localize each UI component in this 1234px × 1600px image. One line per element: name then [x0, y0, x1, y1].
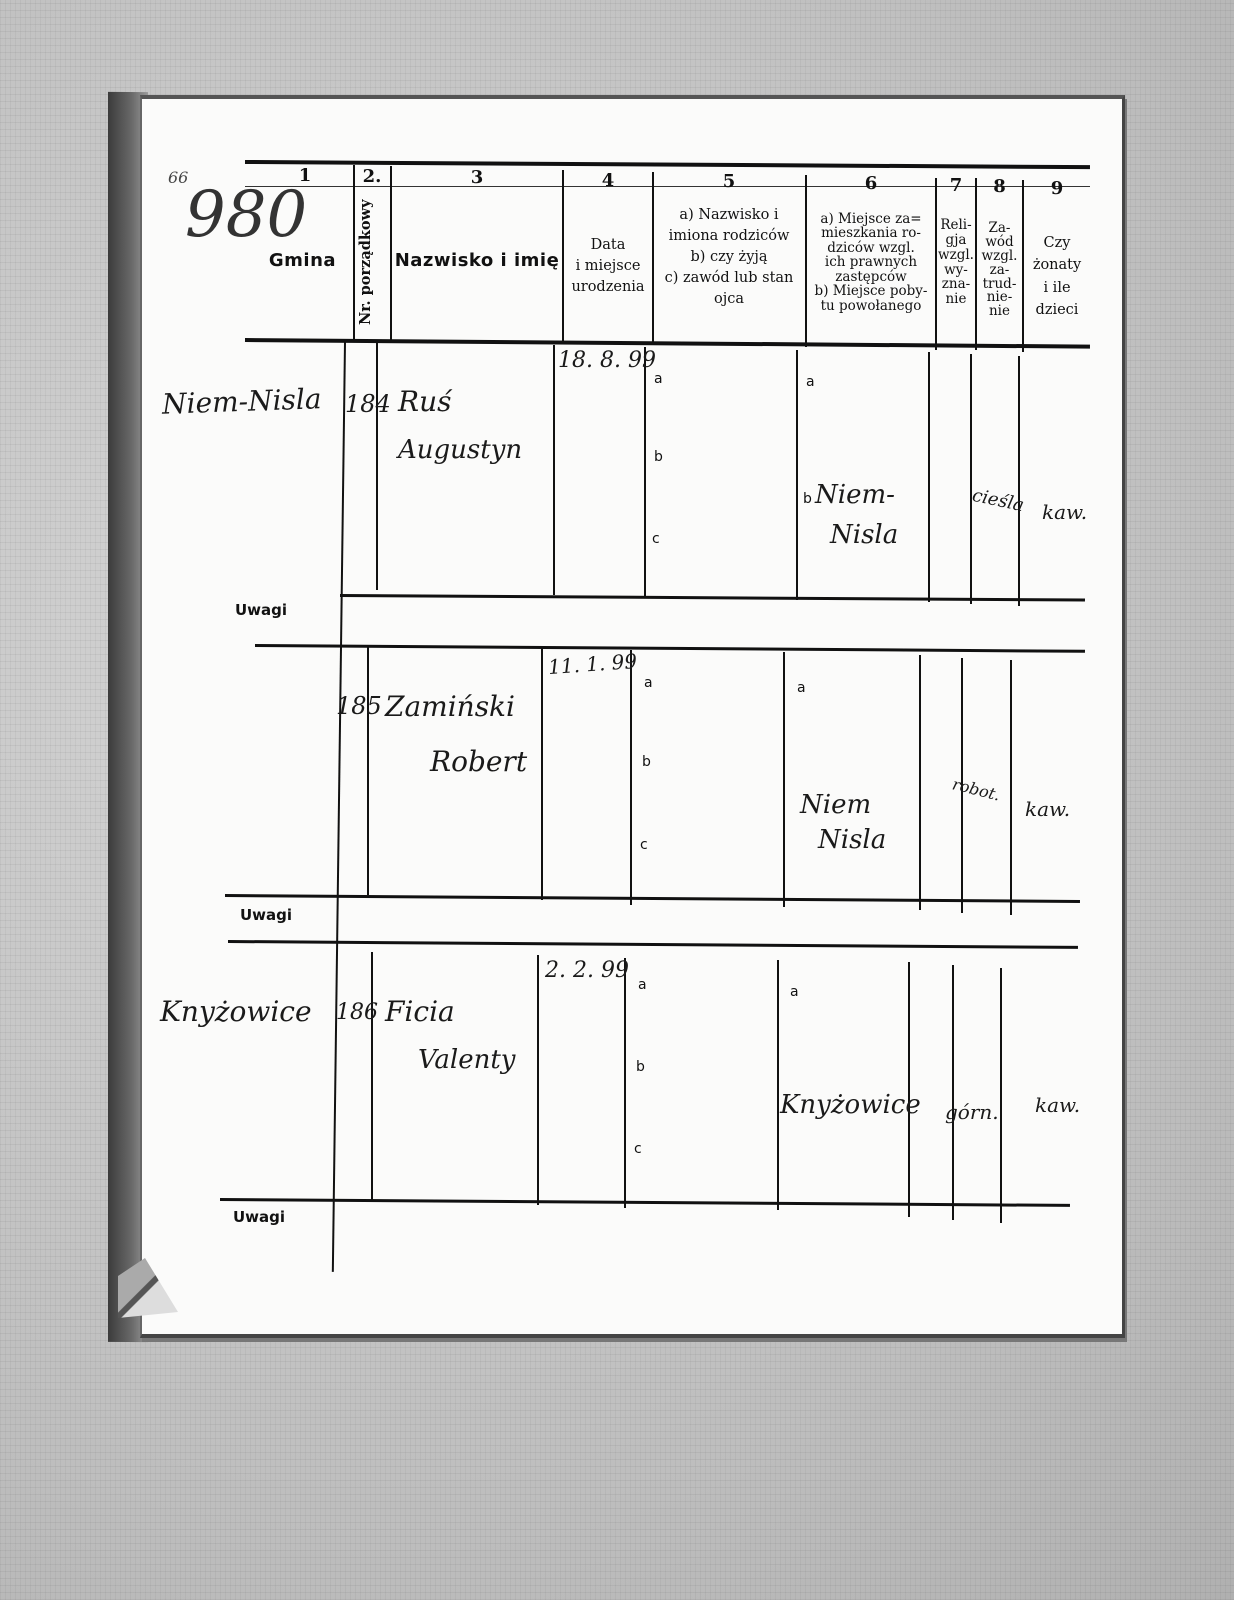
row1-sep: [644, 347, 646, 597]
row2-given: Robert: [430, 745, 527, 778]
header-zonaty: Czy żonaty i ile dzieci: [1024, 232, 1090, 322]
row1-given: Augustyn: [398, 435, 522, 465]
row1-residence-2: Nisla: [830, 520, 898, 550]
col-num-5: 5: [654, 173, 804, 192]
row2-sep: [783, 652, 785, 907]
header-rodzice: a) Nazwisko i imiona rodziców b) czy żyj…: [654, 205, 804, 310]
row2-married: kaw.: [1025, 797, 1070, 821]
row2-sep: [1010, 660, 1012, 915]
row2-sep: [367, 645, 369, 895]
row2-residence: Niem: [800, 790, 871, 820]
row2-sep: [541, 648, 543, 900]
row1-residence: Niem-: [815, 480, 895, 510]
row3-date: 2. 2. 99: [545, 958, 629, 983]
col-num-6: 6: [807, 175, 935, 194]
row1-col5-a: a: [654, 372, 663, 387]
col-num-7: 7: [937, 177, 975, 196]
row2-nr: 185: [336, 692, 382, 720]
col-num-4: 4: [564, 172, 652, 191]
row1-gmina: Niem-Nisla: [161, 382, 322, 421]
row3-col5-c: c: [634, 1142, 642, 1157]
row2-surname: Zamiński: [385, 690, 515, 723]
row3-sep: [952, 965, 954, 1220]
row1-col6-a: a: [806, 375, 815, 390]
row3-given: Valenty: [418, 1045, 515, 1075]
row1-uwagi-label: Uwagi: [235, 603, 287, 619]
row3-sep: [1000, 968, 1002, 1223]
row2-col5-a: a: [644, 676, 653, 691]
row1-sep: [553, 345, 555, 595]
col-sep: [353, 165, 355, 340]
row1-col5-b: b: [654, 450, 663, 465]
row3-col5-b: b: [636, 1060, 645, 1075]
row2-sep: [630, 650, 632, 905]
row3-gmina: Knyżowice: [160, 995, 312, 1028]
row1-date: 18. 8. 99: [558, 348, 656, 373]
row2-col6-a: a: [797, 681, 806, 696]
row1-col5-c: c: [652, 532, 660, 547]
row2-residence-2: Nisla: [818, 825, 886, 855]
row1-sep: [796, 350, 798, 600]
row1-sep: [1018, 356, 1020, 606]
row3-residence: Knyżowice: [780, 1090, 921, 1120]
header-miejsce: a) Miejsce za= mieszkania ro- dziców wzg…: [807, 212, 935, 313]
row3-uwagi-label: Uwagi: [233, 1210, 285, 1226]
row2-col5-b: b: [642, 755, 651, 770]
row2-sep: [919, 655, 921, 910]
header-gmina: Gmina: [255, 252, 350, 271]
row3-sep: [537, 955, 539, 1205]
row3-sep: [624, 958, 626, 1208]
row1-col6-b: b: [803, 492, 812, 507]
row3-occupation: górn.: [945, 1100, 999, 1124]
annotation-980: 980: [185, 178, 307, 252]
row3-sep: [371, 952, 373, 1202]
row1-sep: [376, 342, 378, 590]
row2-col5-c: c: [640, 838, 648, 853]
row3-col6-a: a: [790, 985, 799, 1000]
col-num-9: 9: [1024, 180, 1090, 199]
row3-married: kaw.: [1035, 1093, 1080, 1117]
col-num-3: 3: [392, 169, 562, 188]
row1-nr: 184: [345, 390, 391, 418]
row1-married: kaw.: [1042, 500, 1087, 524]
col-num-1: 1: [260, 167, 350, 186]
row3-surname: Ficia: [385, 995, 455, 1028]
row3-col5-a: a: [638, 978, 647, 993]
row1-sep: [928, 352, 930, 602]
row3-nr: 186: [336, 1000, 378, 1025]
row2-uwagi-label: Uwagi: [240, 908, 292, 924]
col-num-8: 8: [977, 178, 1022, 197]
header-religia: Reli- gja wzgl. wy- zna- nie: [937, 218, 975, 307]
row1-surname: Ruś: [398, 385, 451, 418]
col-num-2: 2.: [355, 168, 389, 187]
row1-sep: [970, 354, 972, 604]
header-nazwisko-imie: Nazwisko i imię: [392, 252, 562, 271]
header-zawod: Za- wód wzgl. za- trud- nie- nie: [977, 222, 1022, 319]
header-nr-porzadkowy: Nr. porządkowy: [358, 195, 384, 330]
header-data-urodzenia: Data i miejsce urodzenia: [564, 235, 652, 298]
row3-sep: [777, 960, 779, 1210]
